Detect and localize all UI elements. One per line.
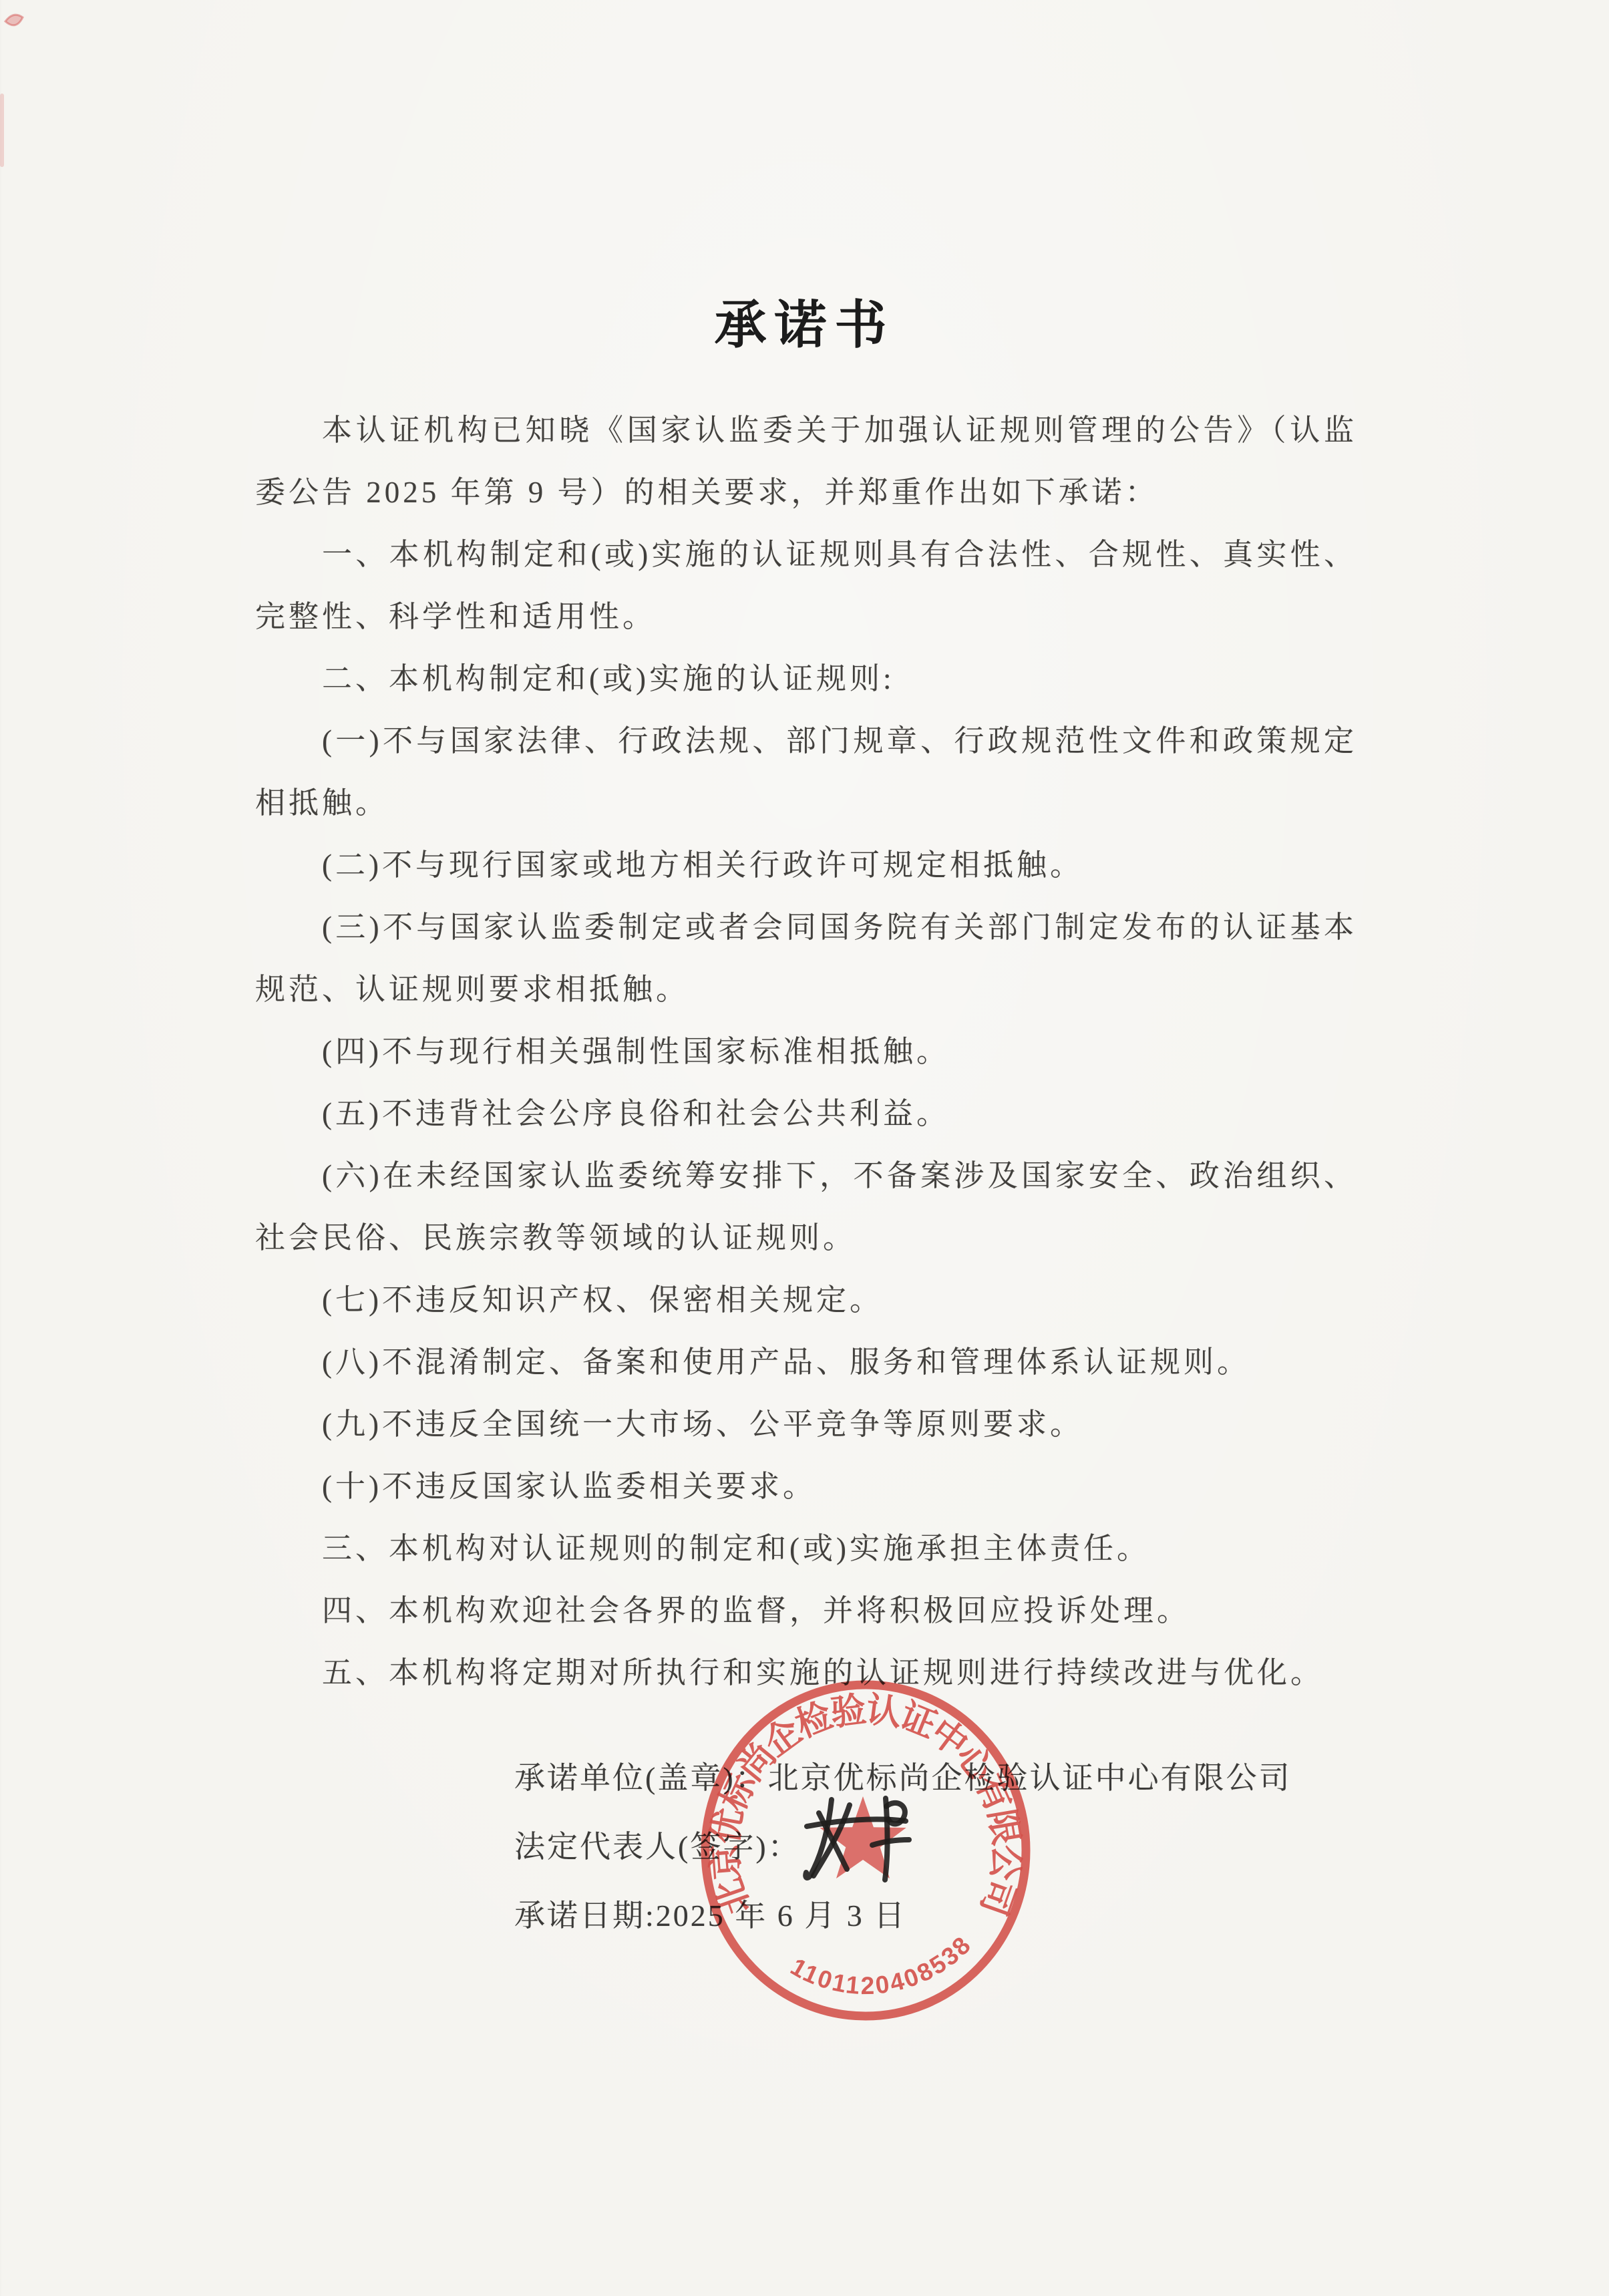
paragraph-sub-8: (八)不混淆制定、备案和使用产品、服务和管理体系认证规则。 — [255, 1331, 1357, 1393]
handwritten-signature — [788, 1774, 935, 1891]
paragraph-item-2: 二、本机构制定和(或)实施的认证规则: — [255, 648, 1357, 710]
scanned-document-page: 承诺书 本认证机构已知晓《国家认监委关于加强认证规则管理的公告》（认监委公告 2… — [0, 0, 1609, 2296]
paragraph-intro: 本认证机构已知晓《国家认监委关于加强认证规则管理的公告》（认监委公告 2025 … — [255, 399, 1357, 524]
paragraph-item-1: 一、本机构制定和(或)实施的认证规则具有合法性、合规性、真实性、完整性、科学性和… — [255, 524, 1357, 648]
document-title: 承诺书 — [0, 299, 1609, 351]
paragraph-sub-7: (七)不违反知识产权、保密相关规定。 — [255, 1269, 1357, 1331]
scan-artifact-marks — [0, 0, 47, 200]
paragraph-sub-9: (九)不违反全国统一大市场、公平竞争等原则要求。 — [255, 1393, 1357, 1456]
paragraph-sub-1: (一)不与国家法律、行政法规、部门规章、行政规范性文件和政策规定相抵触。 — [255, 710, 1357, 834]
paragraph-sub-6: (六)在未经国家认监委统筹安排下，不备案涉及国家安全、政治组织、社会民俗、民族宗… — [255, 1145, 1357, 1269]
paragraph-item-3: 三、本机构对认证规则的制定和(或)实施承担主体责任。 — [255, 1518, 1357, 1580]
document-body: 本认证机构已知晓《国家认监委关于加强认证规则管理的公告》（认监委公告 2025 … — [255, 399, 1357, 1704]
paragraph-sub-2: (二)不与现行国家或地方相关行政许可规定相抵触。 — [255, 834, 1357, 896]
paragraph-item-4: 四、本机构欢迎社会各界的监督，并将积极回应投诉处理。 — [255, 1580, 1357, 1642]
paragraph-sub-3: (三)不与国家认监委制定或者会同国务院有关部门制定发布的认证基本规范、认证规则要… — [255, 896, 1357, 1021]
paragraph-sub-5: (五)不违背社会公序良俗和社会公共利益。 — [255, 1083, 1357, 1145]
paragraph-sub-10: (十)不违反国家认监委相关要求。 — [255, 1456, 1357, 1518]
paragraph-sub-4: (四)不与现行相关强制性国家标准相抵触。 — [255, 1021, 1357, 1083]
